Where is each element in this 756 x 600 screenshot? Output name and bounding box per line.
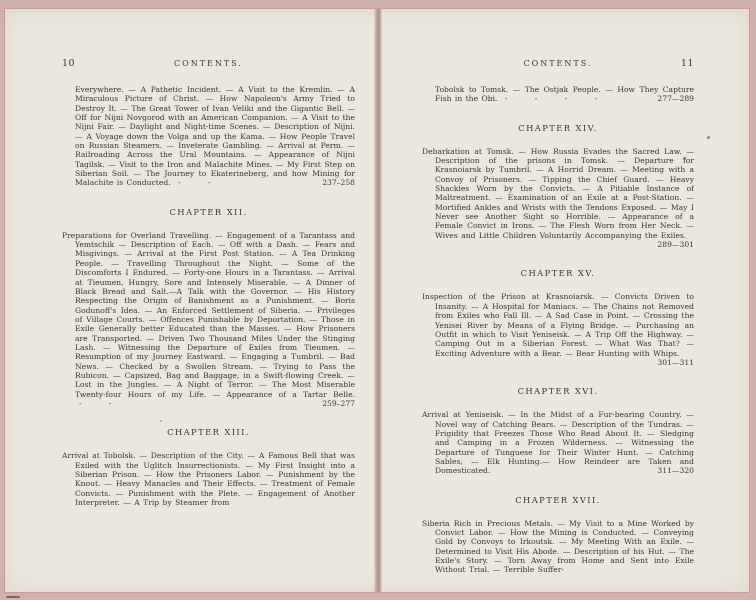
page-range: 277—289 xyxy=(657,94,694,103)
page-number-left: 10 xyxy=(62,58,80,69)
margin-smudge xyxy=(6,596,20,598)
page-range: 259–277 xyxy=(335,399,355,408)
page-range: 311—320 xyxy=(670,466,694,475)
running-head-right: CONTENTS. xyxy=(524,59,593,68)
entry-text: Siberia Rich in Precious Metals. — My Vi… xyxy=(422,519,694,575)
chapter-heading-xiv: CHAPTER XIV. xyxy=(422,123,694,133)
page-right-header: CONTENTS. 11 xyxy=(422,58,694,69)
ink-speck xyxy=(160,420,162,422)
chapter-heading-xvii: CHAPTER XVII. xyxy=(422,495,694,505)
chapter-heading-xiii: CHAPTER XIII. xyxy=(62,427,355,437)
entry-text: Everywhere. — A Pathetic Incident. — A V… xyxy=(75,85,355,187)
page-number-right: 11 xyxy=(676,58,694,69)
dot-leaders: - - xyxy=(174,178,214,187)
chapter-heading-xvi: CHAPTER XVI. xyxy=(422,386,694,396)
toc-entry: Siberia Rich in Precious Metals. — My Vi… xyxy=(422,519,694,575)
toc-entry: Preparations for Overland Travelling. — … xyxy=(62,231,355,409)
toc-entry: Inspection of the Prison at Krasnoiarsk.… xyxy=(422,292,694,367)
ink-speck xyxy=(683,157,686,160)
toc-entry: Arrival at Tobolsk. — Description of the… xyxy=(62,451,355,507)
chapter-heading-xii: CHAPTER XII. xyxy=(62,207,355,217)
toc-entry-continued: Tobolsk to Tomsk. — The Ostjak People. —… xyxy=(422,85,694,104)
entry-text: Preparations for Overland Travelling. — … xyxy=(62,231,355,399)
entry-text: Debarkation at Tomsk. — How Russia Evade… xyxy=(422,147,694,240)
toc-entry-continued: Everywhere. — A Pathetic Incident. — A V… xyxy=(62,85,355,188)
page-range: 289—301 xyxy=(670,240,694,249)
page-gutter xyxy=(374,9,382,592)
dot-leaders: - - xyxy=(75,399,115,408)
toc-entry: Debarkation at Tomsk. — How Russia Evade… xyxy=(422,147,694,250)
chapter-heading-xv: CHAPTER XV. xyxy=(422,268,694,278)
page-range: 301—311 xyxy=(670,358,694,367)
page-right: CONTENTS. 11 Tobolsk to Tomsk. — The Ost… xyxy=(382,9,751,592)
page-left: 10 CONTENTS. Everywhere. — A Pathetic In… xyxy=(5,9,374,592)
page-left-header: 10 CONTENTS. xyxy=(62,58,355,69)
entry-text: Arrival at Tobolsk. — Description of the… xyxy=(62,451,355,507)
page-range: 237–258 xyxy=(322,178,355,187)
running-head-left: CONTENTS. xyxy=(174,59,243,68)
dot-leaders: - - - - xyxy=(501,94,601,103)
photo-background: 10 CONTENTS. Everywhere. — A Pathetic In… xyxy=(0,0,756,600)
book-spread: 10 CONTENTS. Everywhere. — A Pathetic In… xyxy=(4,8,750,593)
entry-text: Inspection of the Prison at Krasnoiarsk.… xyxy=(422,292,694,357)
entry-text: Arrival at Yeniseisk. — In the Midst of … xyxy=(422,410,694,475)
ink-speck xyxy=(707,136,710,139)
toc-entry: Arrival at Yeniseisk. — In the Midst of … xyxy=(422,410,694,475)
